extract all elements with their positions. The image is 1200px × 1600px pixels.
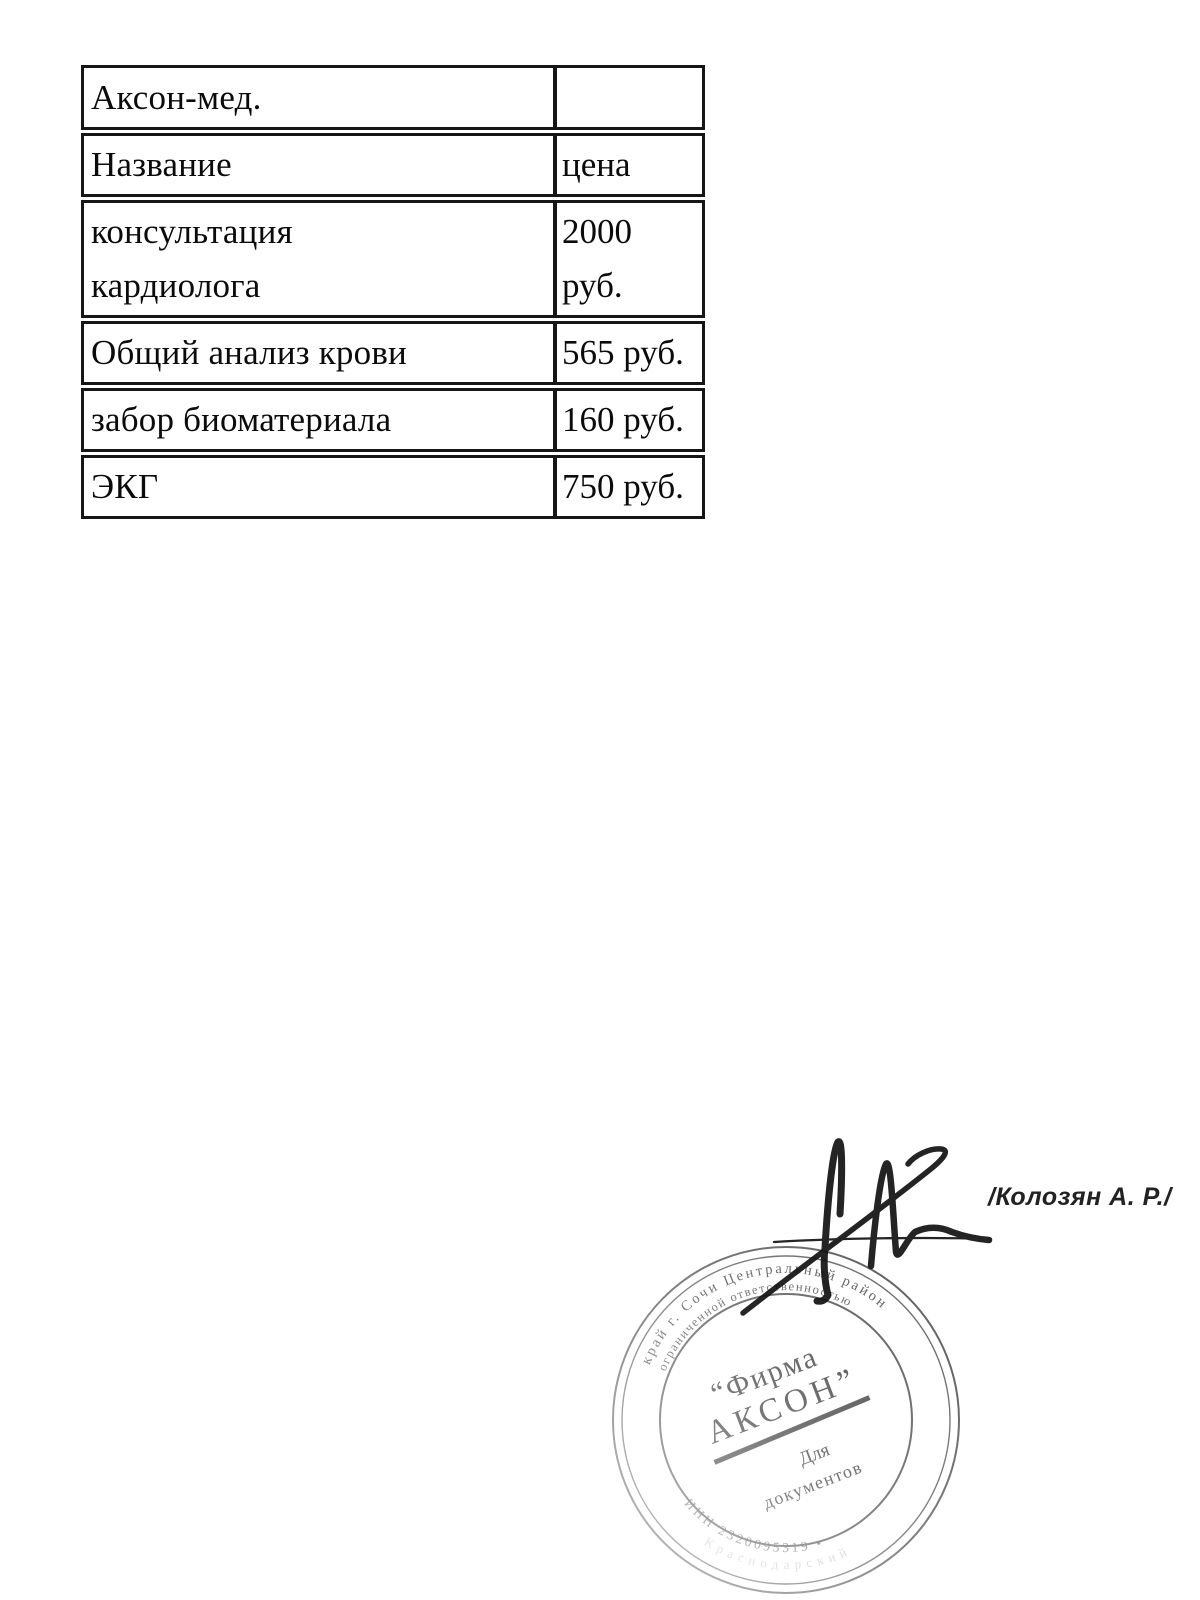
scanned-document-page: { "table": { "company_row": { "name": "А… xyxy=(0,0,1200,1600)
signature-stroke-spike2 xyxy=(871,1163,989,1266)
round-stamp: край г. Сочи Центральный район ограничен… xyxy=(613,1247,959,1593)
ink-layer: край г. Сочи Центральный район ограничен… xyxy=(0,0,1200,1600)
stamp-center-dlya-text: Для xyxy=(796,1439,833,1470)
signature-underline xyxy=(774,1238,991,1242)
